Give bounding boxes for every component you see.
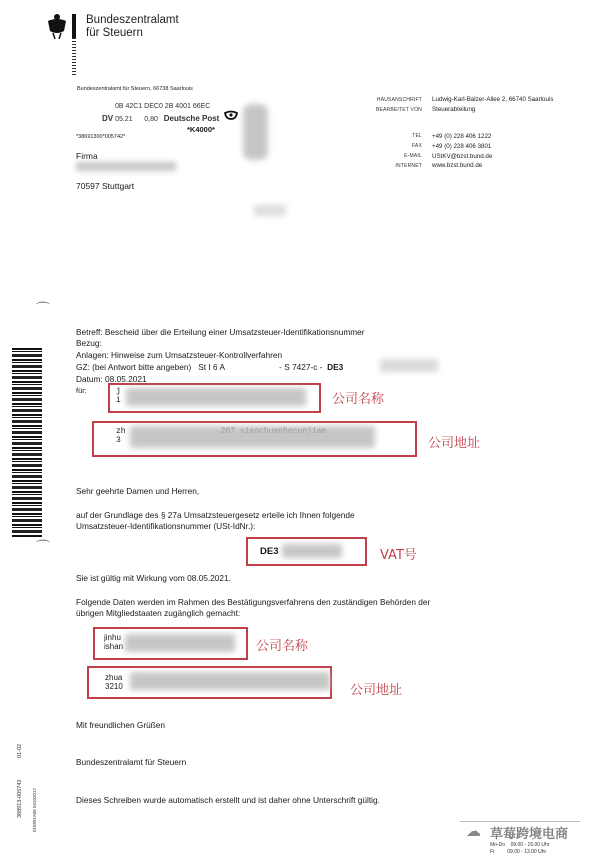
postage-info: DV 05.21 0,80 Deutsche Post — [102, 114, 219, 123]
company-name: j i — [116, 387, 121, 405]
paragraph-2-line-2: übrigen Mitgliedstaaten zugänglich gemac… — [76, 608, 240, 618]
redacted-text — [125, 634, 235, 652]
salutation: Sehr geehrte Damen und Herren, — [76, 486, 199, 496]
validity-line: Sie ist gültig mit Wirkung vom 08.05.202… — [76, 573, 231, 583]
redacted-text — [130, 426, 375, 448]
annotation-vat-number: VAT号 — [380, 544, 417, 563]
fold-mark-top: ⌒ — [36, 299, 50, 319]
redacted-text — [126, 388, 306, 406]
annotation-shared-name: 公司名称 — [256, 635, 308, 654]
letterhead-bar-dotted — [72, 38, 76, 76]
recipient-address: Firma 70597 Stuttgart — [76, 151, 134, 191]
auto-generated-note: Dieses Schreiben wurde automatisch erste… — [76, 795, 380, 805]
website-link[interactable]: www.bzst.bund.de — [432, 162, 482, 169]
attachments-line: Anlagen: Hinweise zum Umsatzsteuer-Kontr… — [76, 350, 282, 360]
postage-code: 0B 42C1 DEC0 2B 4001 66EC — [115, 103, 210, 110]
post-horn-icon — [224, 110, 238, 125]
annotation-shared-address: 公司地址 — [350, 679, 402, 698]
paragraph-2-line-1: Folgende Daten werden im Rahmen des Best… — [76, 597, 430, 607]
for-label: für: — [76, 386, 87, 395]
opening-hours: Mo-Do 09.00 - 15.00 Uhr Fr 09.00 - 13.00… — [490, 842, 550, 855]
shared-company-address: zhua 3210 — [105, 673, 123, 691]
authority-name: Bundeszentralamt für Steuern — [86, 14, 179, 39]
file-number-line: GZ: (bei Antwort bitte angeben) St I 6 A… — [76, 362, 343, 372]
reference-code: *38691300*005742* — [76, 134, 125, 140]
email-link[interactable]: UStKV@bzst.bund.de — [432, 153, 492, 160]
closing: Mit freundlichen Grüßen — [76, 720, 165, 730]
redacted-text — [130, 672, 330, 690]
annotation-company-address: 公司地址 — [428, 432, 480, 451]
shared-company-name: jinhu ishan — [104, 633, 123, 651]
postage-tag: *K4000* — [187, 125, 215, 134]
fold-mark-bottom: ⌒ — [36, 537, 50, 557]
redacted-text — [76, 162, 176, 171]
redacted-id — [380, 359, 438, 372]
vertical-code: 388913-005742 — [17, 779, 23, 818]
redacted-mark — [254, 205, 286, 216]
paragraph-1-line-1: auf der Grundlage des § 27a Umsatzsteuer… — [76, 510, 355, 520]
vertical-form-code: 01EW1A06 04102017 — [32, 788, 37, 832]
contact-block: HAUSANSCHRIFTLudwig-Karl-Balzer-Allee 2,… — [368, 95, 553, 171]
signatory: Bundeszentralamt für Steuern — [76, 757, 186, 767]
sender-line: Bundeszentralamt für Steuern, 66738 Saar… — [77, 86, 193, 92]
watermark: 草莓跨境电商 — [490, 823, 568, 842]
redacted-qr — [243, 104, 268, 160]
redacted-vat — [282, 544, 342, 558]
federal-eagle-icon — [47, 13, 67, 39]
subject-line: Betreff: Bescheid über die Erteilung ein… — [76, 327, 365, 337]
letterhead-bar — [72, 14, 76, 38]
vat-number: DE3 — [260, 546, 278, 557]
annotation-company-name: 公司名称 — [332, 388, 384, 407]
barcode — [12, 348, 42, 538]
paragraph-1-line-2: Umsatzsteuer-Identifikationsnummer (USt-… — [76, 521, 255, 531]
vertical-page: 01-02 — [17, 744, 23, 758]
reference-line: Bezug: — [76, 338, 102, 348]
wechat-logo-icon: ☁ — [466, 822, 481, 840]
